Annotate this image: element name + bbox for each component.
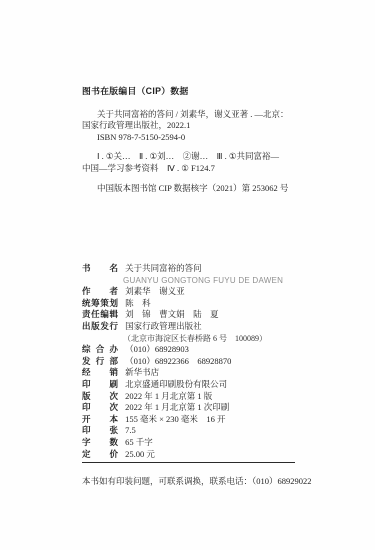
cip-publisher-line: 国家行政管理出版社，2022.1 [82,120,306,132]
row-label-printer: 印刷 [82,379,118,391]
cip-section: 图书在版编目（CIP）数据 关于共同富裕的答问 / 刘素华，谢义亚著 . —北京… [82,86,306,194]
colophon-row-price: 定价 25.00 元 [82,449,342,461]
colophon-row-impression: 印次 2022 年 1 月北京第 1 次印刷 [82,402,342,414]
row-label-word-count: 字数 [82,437,118,449]
colophon-row-pinyin: GUANYU GONGTONG FUYU DE DAWEN [82,275,342,287]
row-label-distribution: 发行部 [82,356,118,368]
colophon-row-edition: 版次 2022 年 1 月北京第 1 版 [82,391,342,403]
row-value-seller: 新华书店 [125,367,159,377]
colophon-section: 书名 关于共同富裕的答问 GUANYU GONGTONG FUYU DE DAW… [82,263,342,460]
copyright-page: 图书在版编目（CIP）数据 关于共同富裕的答问 / 刘素华，谢义亚著 . —北京… [0,0,375,550]
row-value-general-office: （010）68928903 [125,344,189,354]
colophon-row-sheets: 印张 7.5 [82,425,342,437]
row-value-editors: 刘 锦 曹文娟 陆 夏 [125,309,219,319]
publisher-address: （北京市海淀区长春桥路 6 号 100089） [123,334,267,343]
row-value-edition: 2022 年 1 月北京第 1 版 [125,391,212,401]
row-value-publisher: 国家行政管理出版社 [125,321,202,331]
row-value-planner: 陈 科 [125,298,151,308]
cip-classification-line-2: 中国—学习参考资料 Ⅳ . ① F124.7 [82,163,306,175]
row-label-authors: 作者 [82,286,118,298]
colophon-row-planner: 统筹策划 陈 科 [82,298,342,310]
row-label-sheets: 印张 [82,425,118,437]
colophon-row-book-title: 书名 关于共同富裕的答问 [82,263,342,275]
row-value-price: 25.00 元 [125,449,155,459]
row-label-seller: 经销 [82,367,118,379]
colophon-row-editors: 责任编辑 刘 锦 曹文娟 陆 夏 [82,309,342,321]
row-value-authors: 刘素华 谢义亚 [125,286,185,296]
cip-heading: 图书在版编目（CIP）数据 [82,86,306,98]
colophon-row-printer: 印刷 北京盛通印刷股份有限公司 [82,379,342,391]
footer-divider-rule [82,462,295,463]
cip-record-number-line: 中国版本图书馆 CIP 数据核字（2021）第 253062 号 [82,183,306,195]
row-label-general-office: 综合办 [82,344,118,356]
row-value-printer: 北京盛通印刷股份有限公司 [125,379,227,389]
row-value-sheets: 7.5 [125,425,136,435]
footer-note: 本书如有印装问题，可联系调换，联系电话：（010）68929022 [82,476,312,488]
colophon-row-publisher: 出版发行 国家行政管理出版社 [82,321,342,333]
colophon-row-general-office: 综合办 （010）68928903 [82,344,342,356]
row-label-price: 定价 [82,449,118,461]
colophon-row-distribution: 发行部 （010）68922366 68928870 [82,356,342,368]
row-label-format: 开本 [82,414,118,426]
row-value-word-count: 65 千字 [125,437,153,447]
row-value-distribution: （010）68922366 68928870 [125,356,231,366]
cip-isbn-line: ISBN 978-7-5150-2594-0 [82,132,306,144]
book-title-pinyin: GUANYU GONGTONG FUYU DE DAWEN [123,276,283,285]
row-label-publisher: 出版发行 [82,321,118,333]
row-label-planner: 统筹策划 [82,298,118,310]
row-label-editors: 责任编辑 [82,309,118,321]
row-value-book-title: 关于共同富裕的答问 [125,263,202,273]
row-label-edition: 版次 [82,391,118,403]
colophon-row-word-count: 字数 65 千字 [82,437,342,449]
colophon-row-seller: 经销 新华书店 [82,367,342,379]
row-value-format: 155 毫米 × 230 毫米 16 开 [125,414,225,424]
colophon-row-publisher-address: （北京市海淀区长春桥路 6 号 100089） [82,333,342,345]
cip-classification-line-1: Ⅰ . ①关… Ⅱ . ①刘… ②谢… Ⅲ . ①共同富裕— [82,151,306,163]
colophon-row-authors: 作者 刘素华 谢义亚 [82,286,342,298]
colophon-row-format: 开本 155 毫米 × 230 毫米 16 开 [82,414,342,426]
cip-title-author-line: 关于共同富裕的答问 / 刘素华，谢义亚著 . —北京： [82,109,306,121]
row-label-book-title: 书名 [82,263,118,275]
row-label-impression: 印次 [82,402,118,414]
row-value-impression: 2022 年 1 月北京第 1 次印刷 [125,402,229,412]
